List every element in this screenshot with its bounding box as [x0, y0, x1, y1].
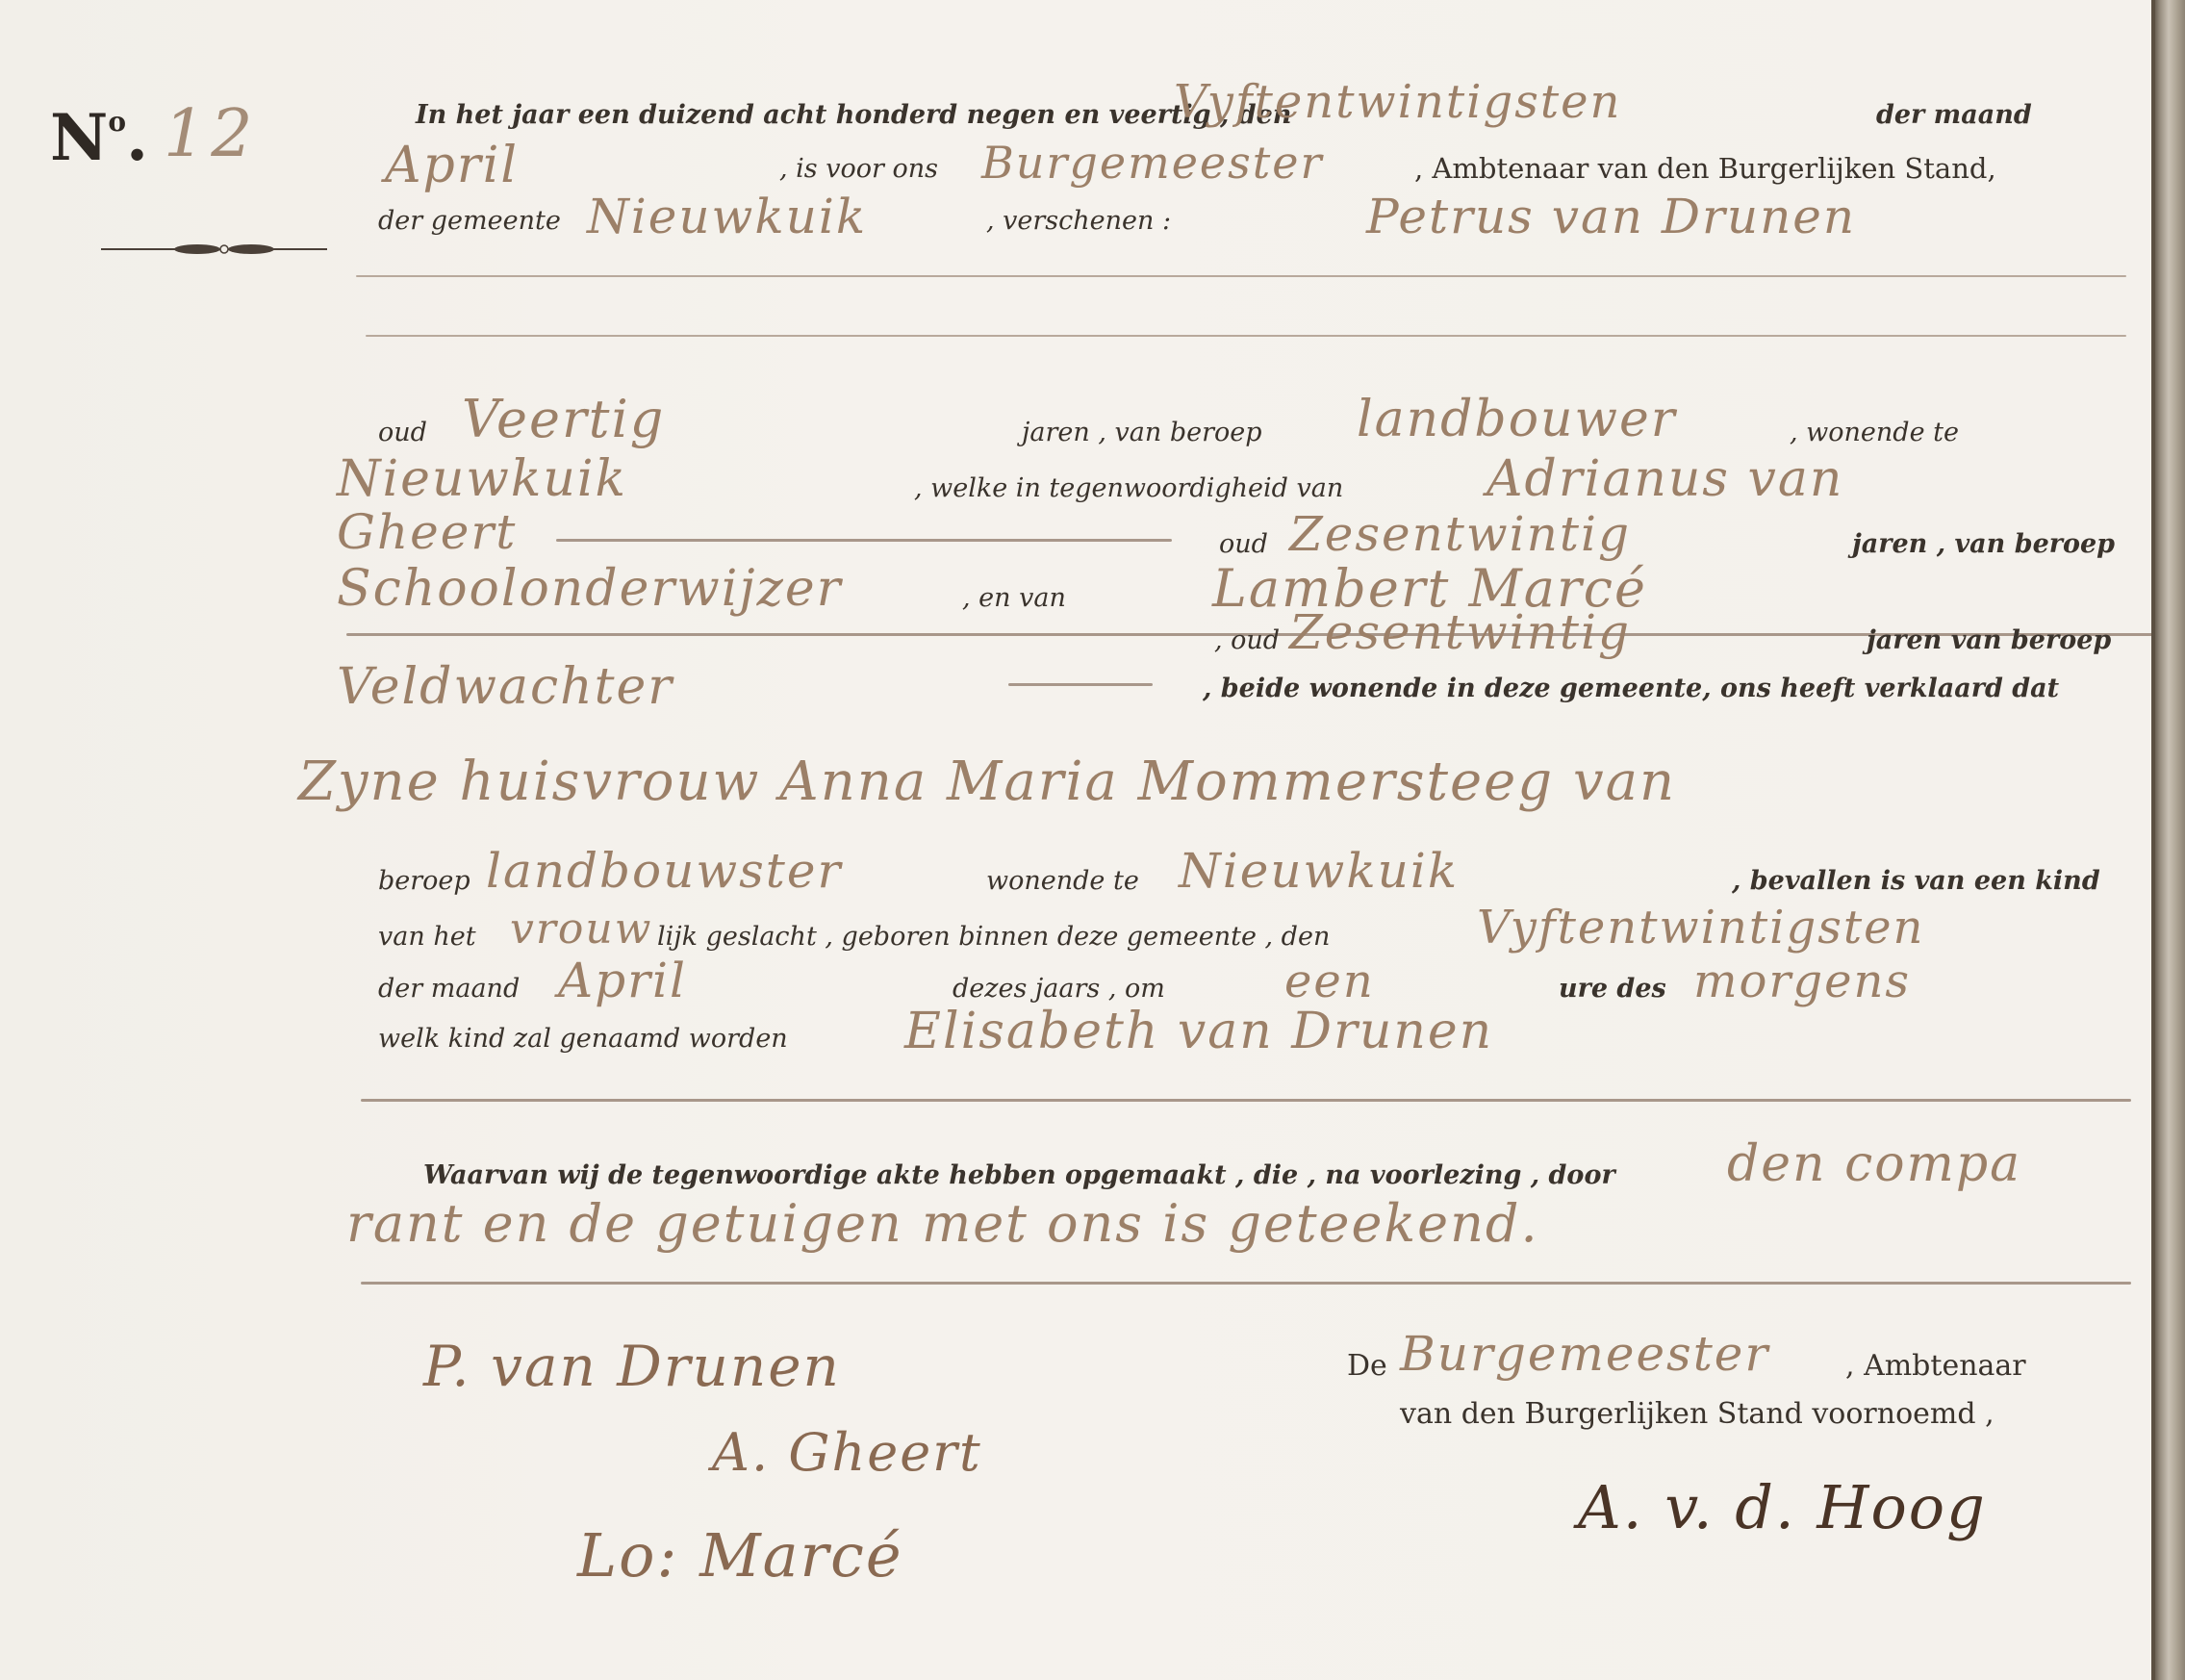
record-number-value: 12: [164, 96, 259, 172]
text-line-3b: , verschenen :: [986, 206, 1171, 236]
text-line-8b: jaren van beroep: [1867, 625, 2111, 655]
hand-occupation-mother: landbouwster: [486, 843, 842, 899]
hand-municipality: Nieuwkuik: [587, 189, 867, 244]
text-line-2a: , is voor ons: [779, 154, 938, 184]
hand-official-title: Burgemeester: [981, 137, 1323, 189]
text-line-13c: ure des: [1559, 974, 1666, 1004]
hand-age-witness2: Zesentwintig: [1289, 604, 1631, 660]
rule-line: [361, 1282, 2131, 1285]
hand-birth-hour: een: [1284, 955, 1375, 1008]
hand-official-title-footer: Burgemeester: [1400, 1326, 1769, 1382]
hand-age-witness1: Zesentwintig: [1289, 506, 1631, 562]
hand-birth-day: Vyftentwintigsten: [1477, 901, 1924, 955]
hand-witness1-surname: Gheert: [337, 504, 517, 560]
text-line-9a: , beide wonende in deze gemeente, ons he…: [1203, 674, 2059, 703]
rule-line: [356, 275, 2126, 277]
text-line-11a: beroep: [378, 866, 470, 896]
hand-closing-1: den compa: [1727, 1135, 2021, 1193]
official-text-ambtenaar: , Ambtenaar: [1845, 1349, 2026, 1383]
hand-day: Vyftentwintigsten: [1174, 75, 1621, 129]
text-line-1a: In het jaar een duizend acht honderd neg…: [416, 100, 1291, 130]
text-line-5a: , welke in tegenwoordigheid van: [914, 473, 1343, 503]
text-line-14a: welk kind zal genaamd worden: [378, 1024, 788, 1054]
hand-child-sex: vrouw: [510, 904, 652, 954]
text-line-3a: der gemeente: [378, 206, 561, 236]
text-line-2b: , Ambtenaar van den Burgerlijken Stand,: [1414, 152, 1996, 185]
certificate-page: No. 12 In het jaar een duizend acht hond…: [0, 0, 2153, 1680]
signature-witness2: Lo: Marcé: [577, 1520, 903, 1591]
rule-line: [1008, 683, 1153, 686]
text-line-11b: wonende te: [986, 866, 1139, 896]
official-text-line2: van den Burgerlijken Stand voornoemd ,: [1400, 1397, 1994, 1431]
hand-month: April: [385, 137, 519, 194]
book-gutter: [2155, 0, 2185, 1680]
signature-declarant: P. van Drunen: [423, 1334, 841, 1399]
hand-birth-time-of-day: morgens: [1693, 955, 1911, 1008]
official-text-de: De: [1347, 1349, 1387, 1383]
rule-line: [366, 335, 2126, 337]
hand-witness1-name: Adrianus van: [1486, 450, 1843, 508]
text-line-6a: oud: [1219, 529, 1268, 559]
text-line-13b: dezes jaars , om: [953, 974, 1165, 1004]
rule-line: [556, 539, 1172, 542]
text-line-15a: Waarvan wij de tegenwoordige akte hebben…: [423, 1160, 1615, 1190]
text-line-11c: , bevallen is van een kind: [1732, 866, 2100, 896]
text-line-7a: , en van: [962, 583, 1066, 613]
hand-occupation-witness2: Veldwachter: [337, 658, 673, 716]
text-line-12b: lijk geslacht , geboren binnen deze geme…: [657, 922, 1330, 952]
hand-occupation-declarant: landbouwer: [1357, 391, 1677, 448]
hand-closing-2: rant en de getuigen met ons is geteekend…: [346, 1193, 1539, 1254]
text-line-4a: oud: [378, 418, 427, 447]
text-line-13a: der maand: [378, 974, 520, 1004]
hand-occupation-witness1: Schoolonderwijzer: [337, 560, 843, 618]
hand-residence: Nieuwkuik: [337, 450, 627, 508]
text-line-4b: jaren , van beroep: [1022, 418, 1262, 447]
text-line-8a: , oud: [1214, 625, 1280, 655]
text-line-12a: van het: [378, 922, 476, 952]
hand-child-name: Elisabeth van Drunen: [904, 1003, 1493, 1060]
text-line-6b: jaren , van beroep: [1852, 529, 2115, 559]
hand-mother-name: Zyne huisvrouw Anna Maria Mommersteeg va…: [298, 751, 1676, 813]
record-number-label: No.: [50, 100, 148, 175]
signature-witness1: A. Gheert: [712, 1422, 982, 1483]
rule-line: [361, 1099, 2131, 1102]
text-line-4c: , wonende te: [1790, 418, 1959, 447]
hand-residence-mother: Nieuwkuik: [1179, 843, 1459, 899]
hand-birth-month: April: [558, 953, 687, 1008]
ornament-divider-icon: [101, 242, 327, 256]
hand-declarant-name: Petrus van Drunen: [1366, 189, 1856, 244]
signature-official: A. v. d. Hoog: [1578, 1472, 1987, 1542]
hand-age-declarant: Veertig: [462, 389, 665, 449]
text-line-1b: der maand: [1876, 100, 2032, 130]
